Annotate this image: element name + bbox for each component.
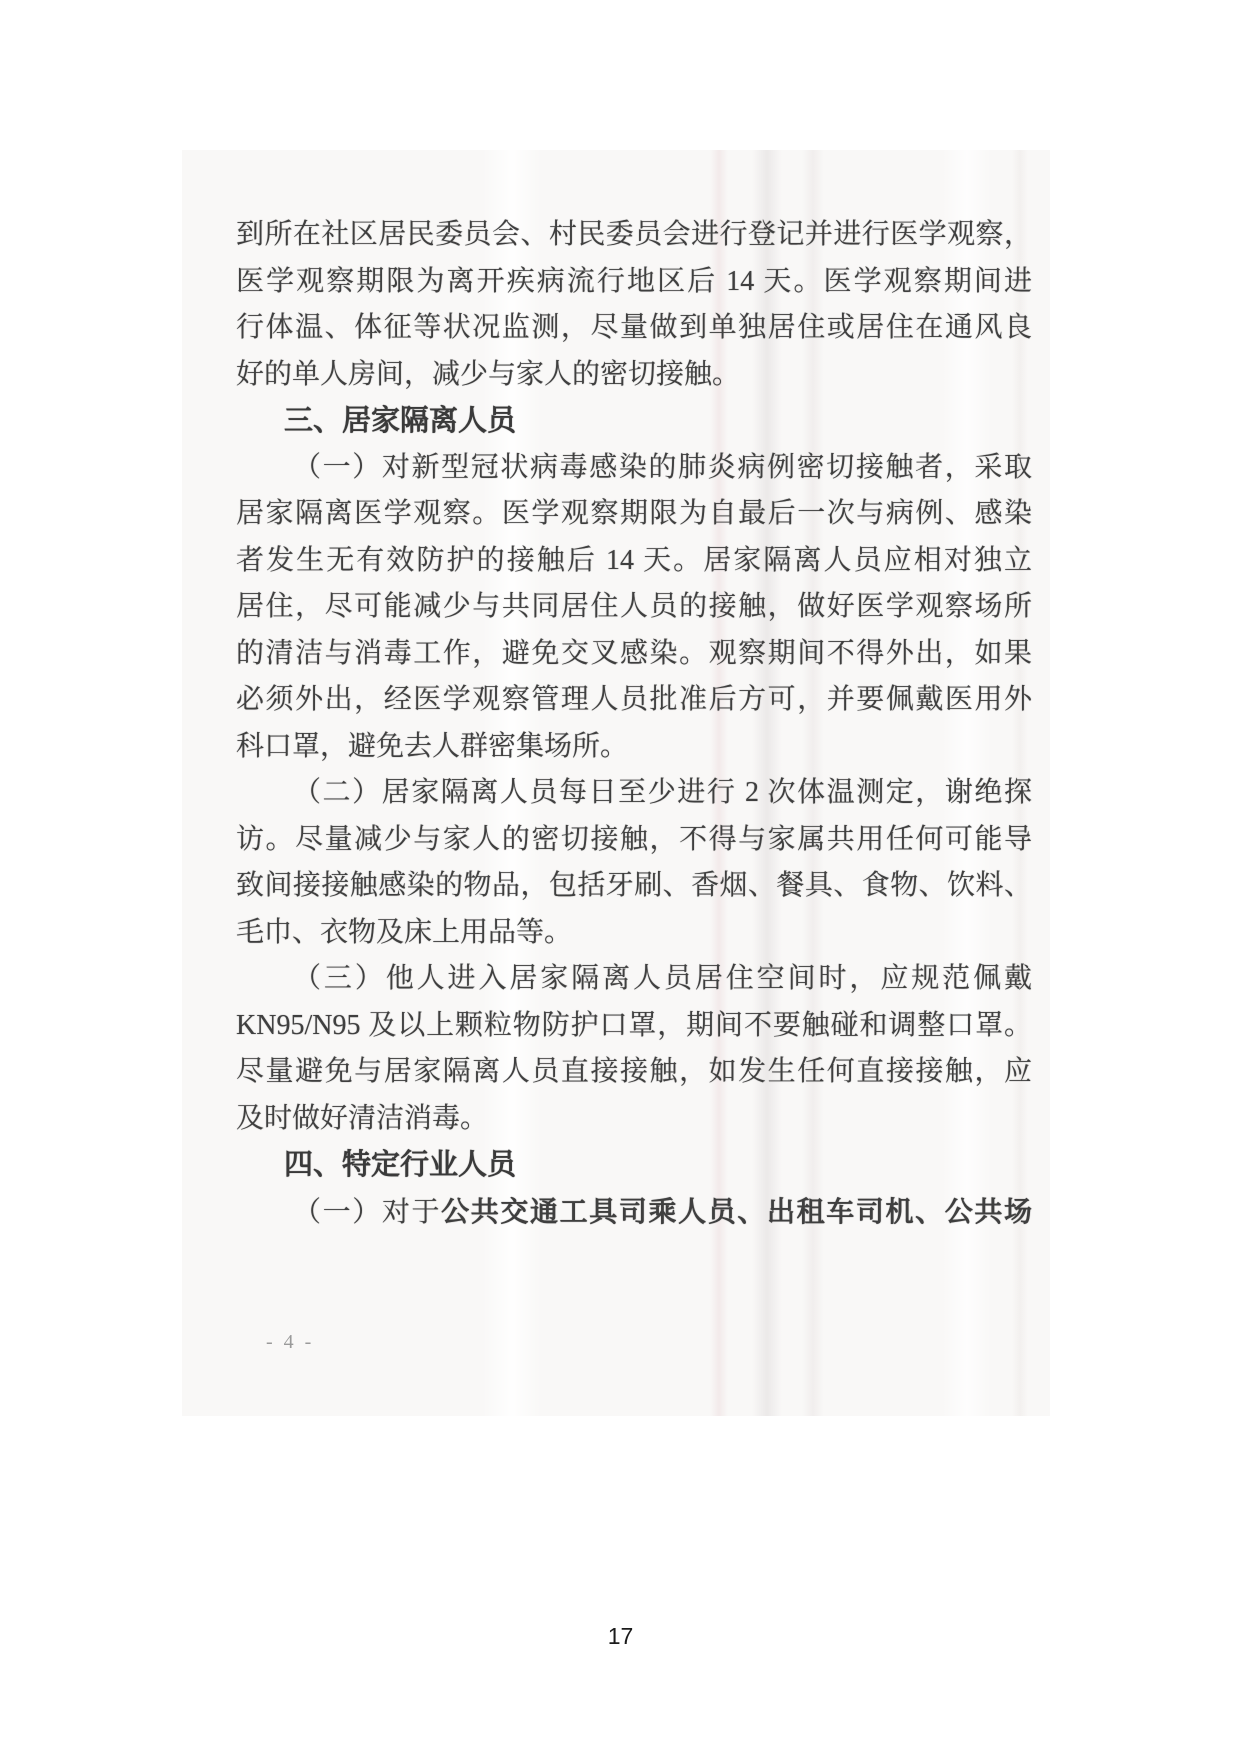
- text-line: 居住，尽可能减少与共同居住人员的接触，做好医学观察场所: [236, 584, 1032, 631]
- pdf-page-number: 17: [0, 1623, 1241, 1650]
- section-heading-3: 三、居家隔离人员: [236, 398, 1032, 445]
- text-line: 毛巾、衣物及床上用品等。: [236, 910, 1032, 957]
- text-line: （三）他人进入居家隔离人员居住空间时，应规范佩戴: [236, 956, 1032, 1003]
- text-line: 的清洁与消毒工作，避免交叉感染。观察期间不得外出，如果: [236, 631, 1032, 678]
- document-text-block: 到所在社区居民委员会、村民委员会进行登记并进行医学观察， 医学观察期限为离开疾病…: [236, 212, 1032, 1235]
- text-segment: （一）对于: [293, 1197, 441, 1228]
- text-line: （一）对新型冠状病毒感染的肺炎病例密切接触者，采取: [236, 445, 1032, 492]
- pdf-page: 到所在社区居民委员会、村民委员会进行登记并进行医学观察， 医学观察期限为离开疾病…: [0, 0, 1241, 1755]
- text-line: 科口罩，避免去人群密集场所。: [236, 724, 1032, 771]
- text-line: KN95/N95 及以上颗粒物防护口罩，期间不要触碰和调整口罩。: [236, 1003, 1032, 1050]
- scanned-document-sheet: 到所在社区居民委员会、村民委员会进行登记并进行医学观察， 医学观察期限为离开疾病…: [182, 150, 1050, 1416]
- text-line: 者发生无有效防护的接触后 14 天。居家隔离人员应相对独立: [236, 538, 1032, 585]
- scan-page-number: - 4 -: [266, 1328, 314, 1356]
- section-heading-4: 四、特定行业人员: [236, 1142, 1032, 1189]
- text-line: 必须外出，经医学观察管理人员批准后方可，并要佩戴医用外: [236, 677, 1032, 724]
- text-line: 致间接接触感染的物品，包括牙刷、香烟、餐具、食物、饮料、: [236, 863, 1032, 910]
- text-segment-bold: 公共交通工具司乘人员、出租车司机、公共场: [441, 1196, 1032, 1227]
- text-line: 及时做好清洁消毒。: [236, 1096, 1032, 1143]
- text-line: 居家隔离医学观察。医学观察期限为自最后一次与病例、感染: [236, 491, 1032, 538]
- text-line: （二）居家隔离人员每日至少进行 2 次体温测定，谢绝探: [236, 770, 1032, 817]
- text-line: 行体温、体征等状况监测，尽量做到单独居住或居住在通风良: [236, 305, 1032, 352]
- text-line: 访。尽量减少与家人的密切接触，不得与家属共用任何可能导: [236, 817, 1032, 864]
- text-line: 医学观察期限为离开疾病流行地区后 14 天。医学观察期间进: [236, 259, 1032, 306]
- text-line: 尽量避免与居家隔离人员直接接触，如发生任何直接接触，应: [236, 1049, 1032, 1096]
- text-line: 好的单人房间，减少与家人的密切接触。: [236, 352, 1032, 399]
- text-line: 到所在社区居民委员会、村民委员会进行登记并进行医学观察，: [236, 212, 1032, 259]
- text-line: （一）对于公共交通工具司乘人员、出租车司机、公共场: [236, 1189, 1032, 1236]
